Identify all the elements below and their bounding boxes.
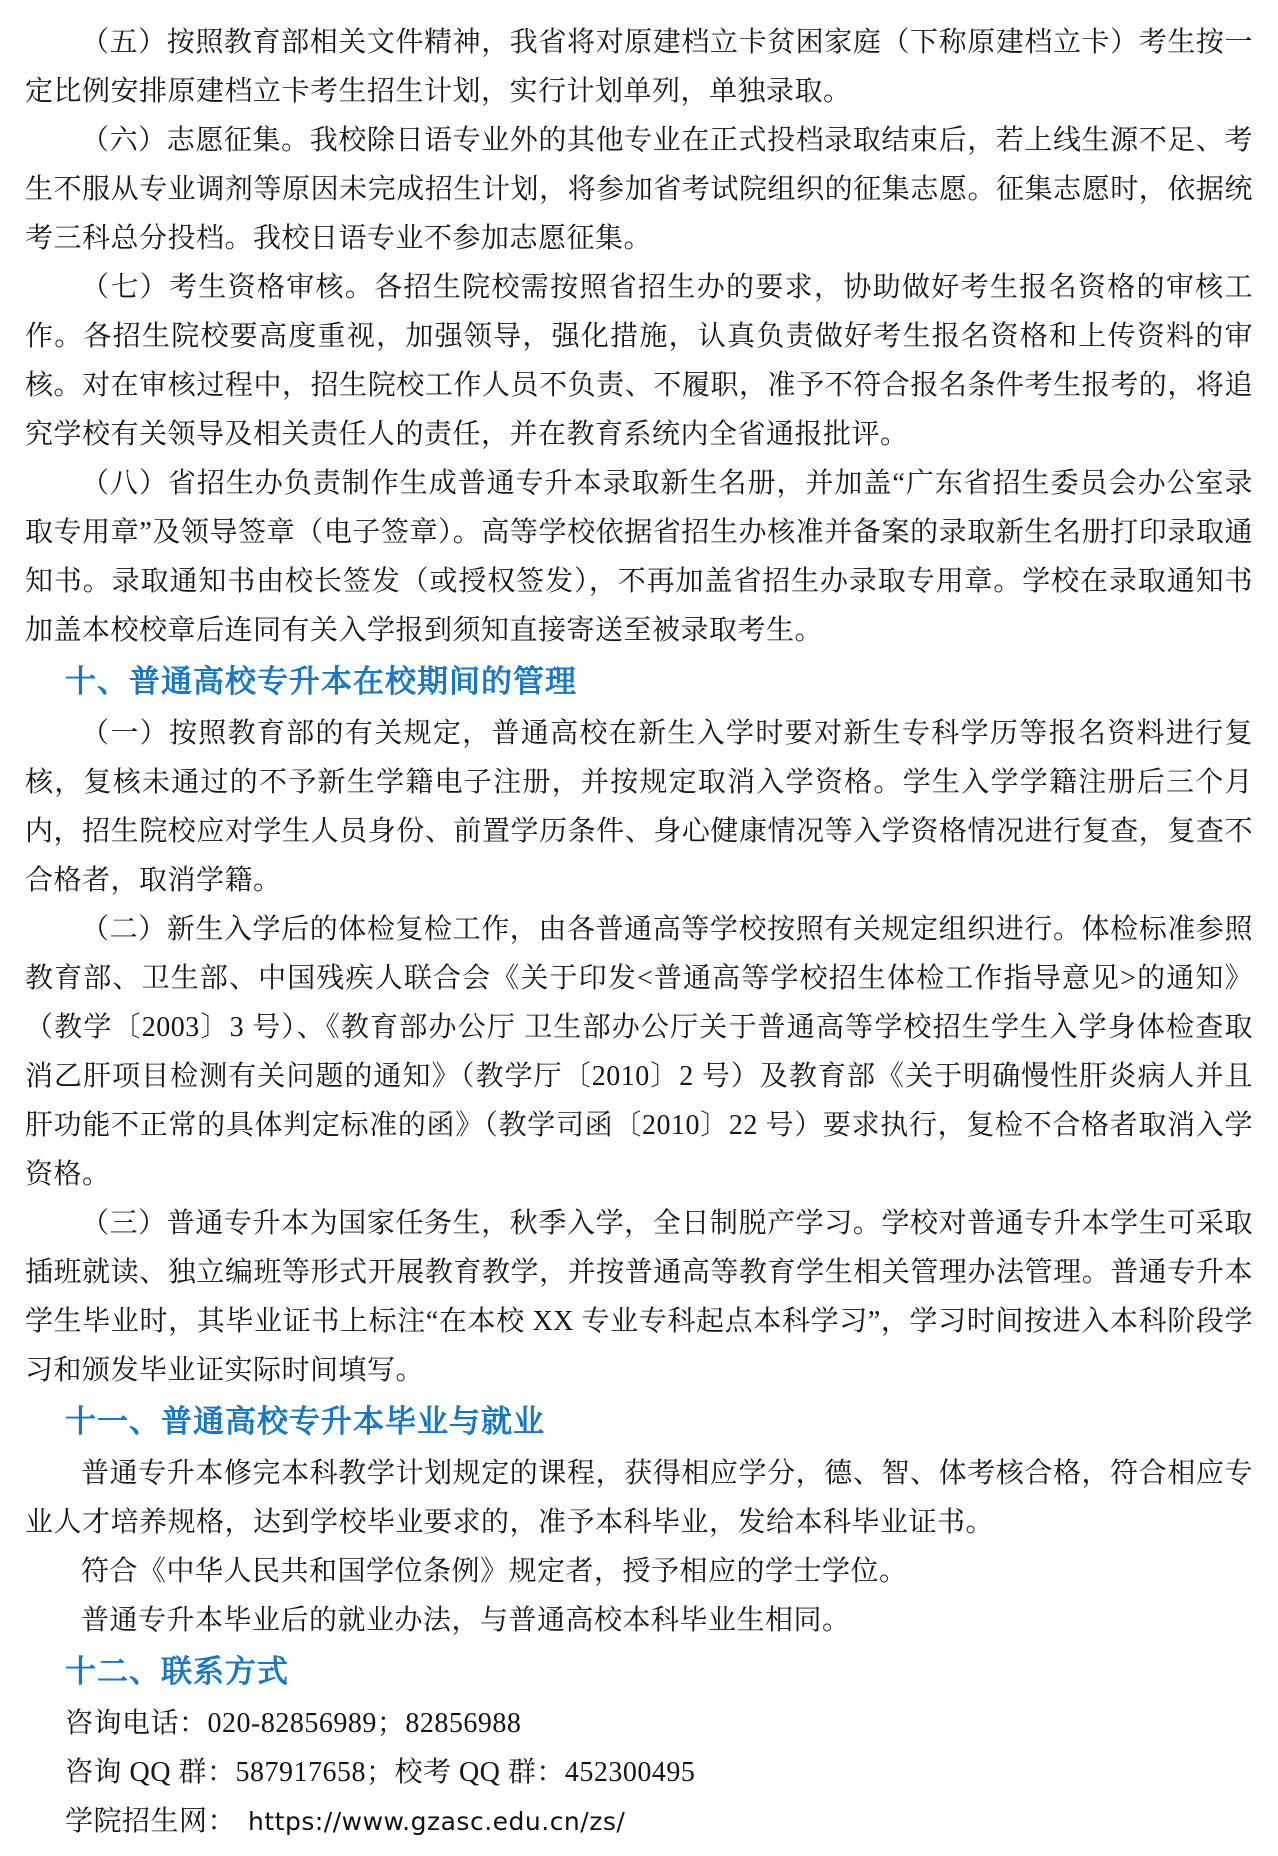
paragraph-section11-1: 普通专升本修完本科教学计划规定的课程，获得相应学分，德、智、体考核合格，符合相应… bbox=[25, 1449, 1253, 1547]
paragraph-item-7: （七）考生资格审核。各招生院校需按照省招生办的要求，协助做好考生报名资格的审核工… bbox=[25, 263, 1253, 459]
document-page: （五）按照教育部相关文件精神，我省将对原建档立卡贫困家庭（下称原建档立卡）考生按… bbox=[0, 0, 1278, 1856]
website-label: 学院招生网： bbox=[65, 1806, 236, 1837]
admissions-site-link[interactable]: https://www.gzasc.edu.cn/zs/ bbox=[248, 1807, 625, 1836]
paragraph-item-6: （六）志愿征集。我校除日语专业外的其他专业在正式投档录取结束后，若上线生源不足、… bbox=[25, 116, 1253, 263]
contact-phone-line: 咨询电话：020-82856989；82856988 bbox=[25, 1699, 1253, 1748]
paragraph-section10-3: （三）普通专升本为国家任务生，秋季入学，全日制脱产学习。学校对普通专升本学生可采… bbox=[25, 1199, 1253, 1395]
contact-qq-line: 咨询 QQ 群：587917658；校考 QQ 群：452300495 bbox=[25, 1748, 1253, 1797]
paragraph-section11-2: 符合《中华人民共和国学位条例》规定者，授予相应的学士学位。 bbox=[25, 1547, 1253, 1596]
paragraph-item-5: （五）按照教育部相关文件精神，我省将对原建档立卡贫困家庭（下称原建档立卡）考生按… bbox=[25, 18, 1253, 116]
section-heading-12: 十二、联系方式 bbox=[25, 1645, 1253, 1699]
paragraph-section11-3: 普通专升本毕业后的就业办法，与普通高校本科毕业生相同。 bbox=[25, 1596, 1253, 1645]
paragraph-item-8: （八）省招生办负责制作生成普通专升本录取新生名册，并加盖“广东省招生委员会办公室… bbox=[25, 459, 1253, 655]
paragraph-section10-2: （二）新生入学后的体检复检工作，由各普通高等学校按照有关规定组织进行。体检标准参… bbox=[25, 905, 1253, 1199]
section-heading-11: 十一、普通高校专升本毕业与就业 bbox=[25, 1395, 1253, 1449]
contact-website-line: 学院招生网：https://www.gzasc.edu.cn/zs/ bbox=[25, 1797, 1253, 1846]
paragraph-section10-1: （一）按照教育部的有关规定，普通高校在新生入学时要对新生专科学历等报名资料进行复… bbox=[25, 709, 1253, 905]
section-heading-10: 十、普通高校专升本在校期间的管理 bbox=[25, 655, 1253, 709]
